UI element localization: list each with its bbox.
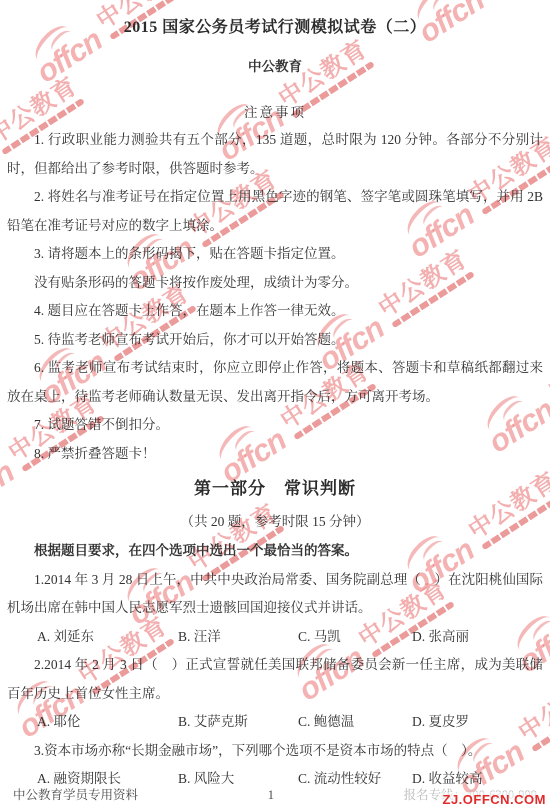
document-content: 2015 国家公务员考试行测模拟试卷（二） 中公教育 注意事项 1. 行政职业能… [0, 0, 550, 794]
option-b: B. 艾萨克斯 [178, 708, 298, 737]
question-text: 3.资本市场亦称“长期金融市场”，下列哪个选项不是资本市场的特点（ ）。 [7, 737, 543, 766]
options-row: A. 刘延东 B. 汪洋 C. 马凯 D. 张高丽 [7, 623, 543, 652]
option-a: A. 刘延东 [37, 623, 178, 652]
option-a: A. 耶伦 [37, 708, 178, 737]
notice-item: 没有贴条形码的答题卡将按作废处理，成绩计为零分。 [7, 269, 543, 298]
notice-item: 1. 行政职业能力测验共有五个部分，135 道题，总时限为 120 分钟。各部分… [7, 126, 543, 183]
part-time-limit: （共 20 题，参考时限 15 分钟） [7, 510, 543, 530]
site-url-overlay: ZJ.OFFCN.COM [442, 792, 548, 807]
option-b: B. 汪洋 [178, 623, 298, 652]
notice-item: 2. 将姓名与准考证号在指定位置上用黑色字迹的钢笔、签字笔或圆珠笔填写，并用 2… [7, 183, 543, 240]
notice-item: 7. 试题答错不倒扣分。 [7, 411, 543, 440]
notice-item: 8. 严禁折叠答题卡！ [7, 440, 543, 469]
part-heading: 第一部分 常识判断 [7, 474, 543, 499]
question-text: 2.2014 年 2 月 3 日（ ）正式宣誓就任美国联邦储备委员会新一任主席，… [7, 651, 543, 708]
footer-left: 中公教育学员专用资料 [13, 785, 138, 803]
page-footer: 中公教育学员专用资料 1 报名专线：400-6300-999 ZJ.OFFCN.… [0, 785, 550, 803]
notice-list: 1. 行政职业能力测验共有五个部分，135 道题，总时限为 120 分钟。各部分… [7, 126, 543, 468]
notice-item: 4. 题目应在答题卡上作答，在题本上作答一律无效。 [7, 297, 543, 326]
notice-item: 6. 监考老师宣布考试结束时，你应立即停止作答，将题本、答题卡和草稿纸都翻过来放… [7, 354, 543, 411]
question-text: 1.2014 年 3 月 28 日上午，中共中央政治局常委、国务院副总理（ ）在… [7, 566, 543, 623]
option-c: C. 马凯 [298, 623, 412, 652]
option-d: D. 夏皮罗 [412, 708, 543, 737]
option-c: C. 鲍德温 [298, 708, 412, 737]
page-number: 1 [138, 788, 404, 803]
notice-heading: 注意事项 [7, 101, 543, 121]
notice-item: 5. 待监考老师宣布考试开始后，你才可以开始答题。 [7, 326, 543, 355]
option-d: D. 张高丽 [412, 623, 543, 652]
org-name: 中公教育 [7, 55, 543, 75]
options-row: A. 耶伦 B. 艾萨克斯 C. 鲍德温 D. 夏皮罗 [7, 708, 543, 737]
answer-instruction: 根据题目要求，在四个选项中选出一个最恰当的答案。 [7, 537, 543, 566]
notice-item: 3. 请将题本上的条形码揭下，贴在答题卡指定位置。 [7, 240, 543, 269]
paper-title: 2015 国家公务员考试行测模拟试卷（二） [7, 14, 543, 37]
exam-paper-page: offcn中公教育 offcn中公教育 offcn中公教育 offcn中公教育 … [0, 0, 550, 811]
